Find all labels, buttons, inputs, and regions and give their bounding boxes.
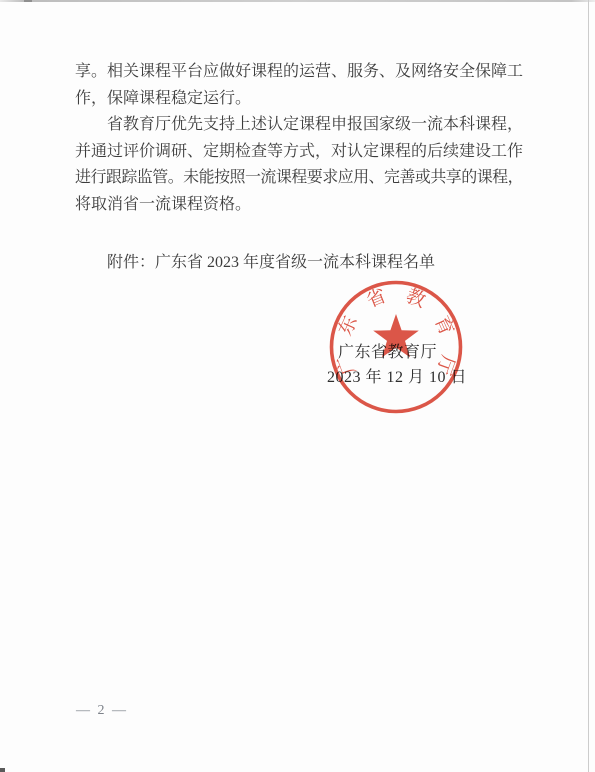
official-seal: 广 东 省 教 育 厅 bbox=[326, 277, 466, 417]
document-page: 享。相关课程平台应做好课程的运营、服务、及网络安全保障工 作，保障课程稳定运行。… bbox=[0, 0, 595, 772]
body-text-line: 将取消省一流课程资格。 bbox=[75, 192, 525, 219]
body-paragraphs: 享。相关课程平台应做好课程的运营、服务、及网络安全保障工 作，保障课程稳定运行。… bbox=[75, 59, 525, 218]
seal-graphic: 广 东 省 教 育 厅 bbox=[326, 277, 466, 417]
seal-star-icon bbox=[373, 314, 419, 357]
scan-page-edge-line bbox=[588, 0, 589, 772]
page-number: — 2 — bbox=[76, 703, 128, 719]
body-text-line: 省教育厅优先支持上述认定课程申报国家级一流本科课程， bbox=[75, 112, 525, 139]
body-text-line: 作，保障课程稳定运行。 bbox=[75, 86, 525, 113]
scan-speck bbox=[24, 0, 32, 2]
scan-corner-mark bbox=[0, 768, 5, 772]
body-text-line: 享。相关课程平台应做好课程的运营、服务、及网络安全保障工 bbox=[75, 59, 525, 86]
attachment-line: 附件：广东省 2023 年度省级一流本科课程名单 bbox=[75, 250, 525, 277]
body-text-line: 并通过评价调研、定期检查等方式，对认定课程的后续建设工作 bbox=[75, 139, 525, 166]
scan-top-edge bbox=[0, 0, 595, 2]
body-text-line: 进行跟踪监管。未能按照一流课程要求应用、完善或共享的课程， bbox=[75, 165, 525, 192]
